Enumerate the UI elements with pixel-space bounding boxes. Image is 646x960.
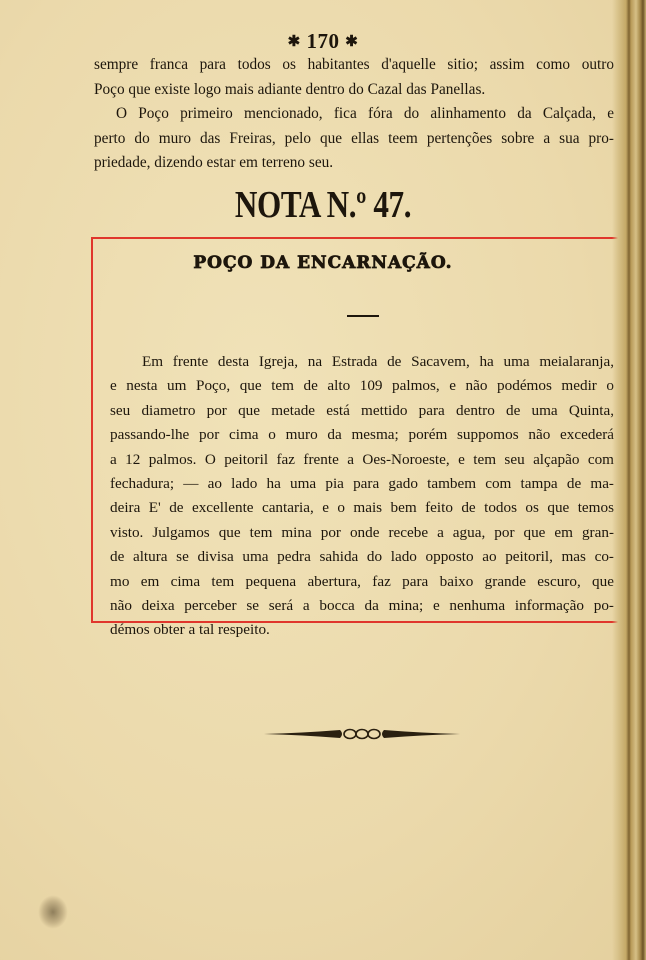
nota-heading: NOTA N.º 47. [58, 183, 588, 227]
text-line: passando-lhe por cima o muro da mesma; p… [110, 423, 614, 447]
book-page: ✱ 170 ✱ sempre franca para todos os habi… [0, 0, 646, 960]
paragraph-poco-encarnacao: Em frente desta Igreja, na Estrada de Sa… [110, 350, 614, 643]
text-line: fechadura; — ao lado ha uma pia para gad… [110, 472, 614, 496]
text-line: visto. Julgamos que tem mina por onde re… [110, 521, 614, 545]
text-line: priedade, dizendo estar em terreno seu. [94, 151, 614, 176]
text-line: de altura se divisa uma pedra sahida do … [110, 545, 614, 569]
end-ornament-icon [262, 724, 462, 744]
text-line: Poço que existe logo mais adiante dentro… [94, 78, 614, 103]
ink-smudge [38, 895, 68, 929]
text-line: seu diametro por que metade está mettido… [110, 399, 614, 423]
text-line: a 12 palmos. O peitoril faz frente a Oes… [110, 448, 614, 472]
text-line: Em frente desta Igreja, na Estrada de Sa… [110, 350, 614, 374]
asterisk-ornament-icon: ✱ [288, 34, 301, 50]
page-number: 170 [307, 29, 340, 53]
text-line: sempre franca para todos os habitantes d… [94, 53, 614, 78]
text-line: démos obter a tal respeito. [110, 618, 614, 642]
page-number-header: ✱ 170 ✱ [0, 29, 646, 54]
text-line: mo em cima tem pequena abertura, faz par… [110, 570, 614, 594]
text-line: e nesta um Poço, que tem de alto 109 pal… [110, 374, 614, 398]
text-line: deira E' de excellente cantaria, e o mai… [110, 496, 614, 520]
asterisk-ornament-icon: ✱ [345, 34, 358, 50]
continued-text-block: sempre franca para todos os habitantes d… [94, 53, 614, 176]
book-binding-edge [612, 0, 646, 960]
text-line: O Poço primeiro mencionado, fica fóra do… [94, 102, 614, 127]
text-line: perto do muro das Freiras, pelo que ella… [94, 127, 614, 152]
section-title: POÇO DA ENCARNAÇÃO. [0, 253, 646, 273]
paragraph-continued: sempre franca para todos os habitantes d… [94, 53, 614, 102]
text-line: não deixa perceber se será a bocca da mi… [110, 594, 614, 618]
section-body-text: Em frente desta Igreja, na Estrada de Sa… [110, 350, 614, 643]
title-divider-rule [347, 315, 379, 317]
paragraph-poco-mencionado: O Poço primeiro mencionado, fica fóra do… [94, 102, 614, 176]
